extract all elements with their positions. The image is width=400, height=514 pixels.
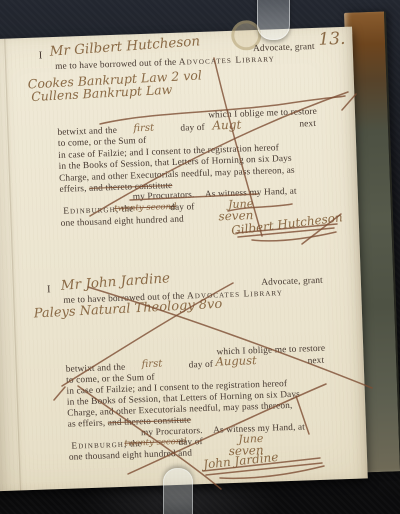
book-weight-strip-top (257, 0, 290, 40)
form-next: next (299, 120, 316, 130)
return-day: first (133, 123, 154, 135)
book-weight-strip-bottom (163, 468, 193, 514)
form-betwixt: betwixt and the (66, 363, 126, 374)
return-month: Augt (212, 118, 241, 133)
signing-date: twenty second (114, 202, 177, 214)
library-name: Advocates Library (179, 54, 275, 67)
form-pronoun: I (47, 285, 51, 296)
form-thousand: one thousand eight hundred and (61, 215, 185, 229)
ledger-page: 13. I Mr Gilbert Hutcheson Advocate, gra… (0, 27, 368, 492)
form-advocate-grant: Advocate, grant (261, 277, 323, 288)
photographed-ledger-page: 13. I Mr Gilbert Hutcheson Advocate, gra… (0, 0, 400, 514)
form-day-of: day of (189, 360, 214, 370)
return-month: August (215, 353, 256, 368)
page-number: 13. (318, 29, 346, 50)
borrower-name: Mr John Jardine (60, 270, 170, 294)
form-next: next (307, 356, 324, 366)
form-advocate-grant: Advocate, grant (253, 43, 315, 54)
form-thousand: one thousand eight hundred and (69, 449, 193, 463)
form-day-of: day of (180, 124, 205, 134)
return-day: first (141, 358, 162, 370)
borrower-signature: John Jardine (203, 450, 279, 472)
form-day-of: day of (170, 203, 195, 213)
form-day-of: day of (178, 438, 203, 448)
form-pronoun: I (39, 51, 43, 62)
borrower-name: Mr Gilbert Hutcheson (49, 33, 200, 59)
